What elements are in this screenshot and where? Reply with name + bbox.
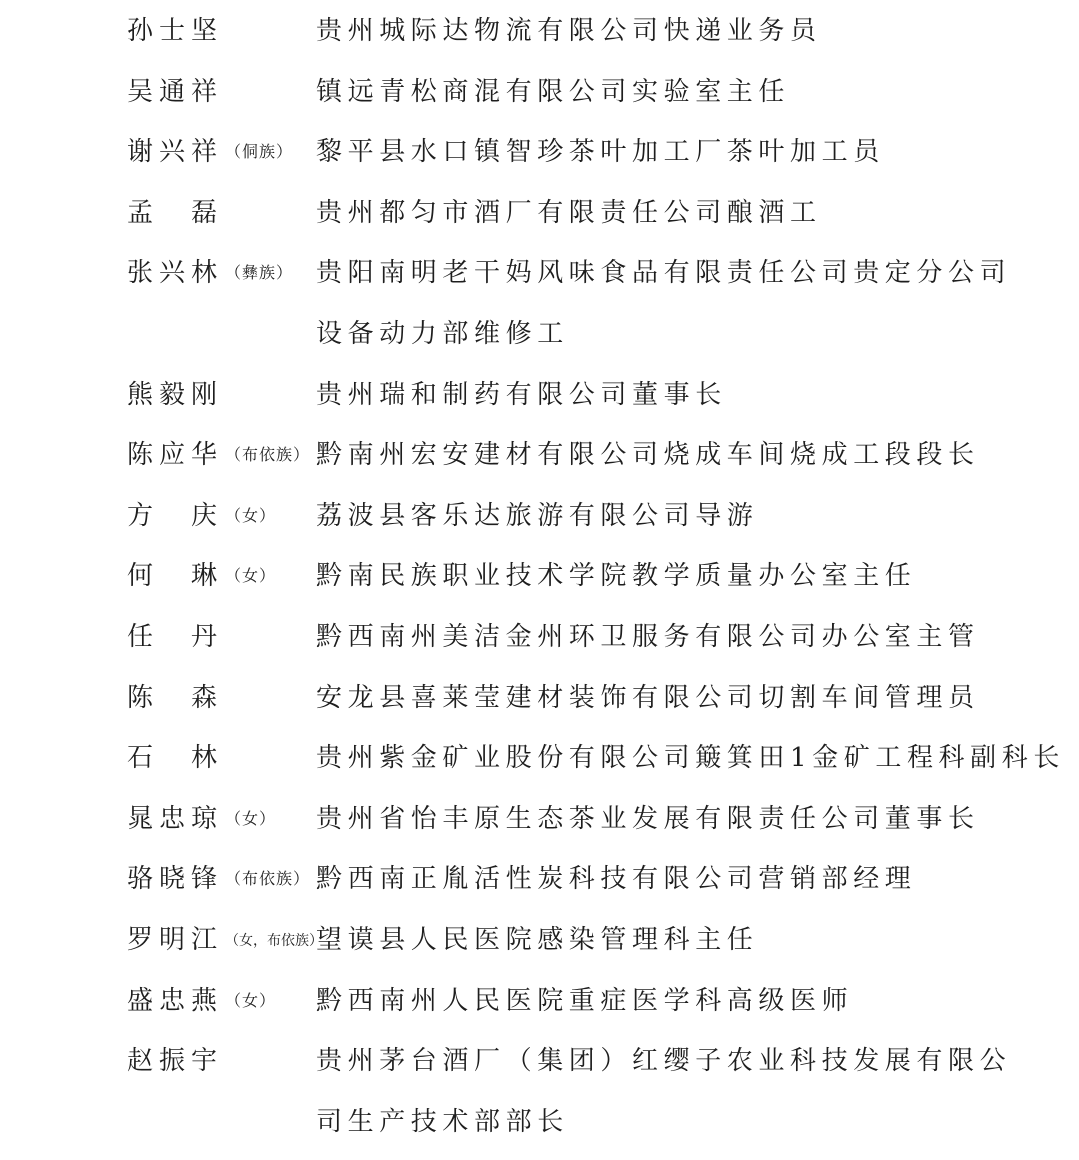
organization-position: 黔西南州美洁金州环卫服务有限公司办公室主管: [316, 620, 980, 654]
person-name: 晁忠琼（女）: [127, 802, 276, 836]
person-name-text: 张兴林: [127, 256, 223, 290]
person-name: 何 琳（女）: [127, 559, 276, 593]
person-name: 石 林: [127, 741, 225, 775]
list-item: 孟 磊 贵州都匀市酒厂有限责任公司酿酒工: [0, 182, 1079, 243]
person-name: 骆晓锋（布依族）: [127, 862, 310, 896]
person-name: 赵振宇: [127, 1044, 225, 1078]
person-name-text: 孟 磊: [127, 196, 223, 230]
person-name: 熊毅刚: [127, 378, 225, 412]
list-item: 张兴林（彝族） 贵阳南明老干妈风味食品有限责任公司贵定分公司 设备动力部维修工: [0, 242, 1079, 363]
organization-position-continued: 司生产技术部部长: [316, 1105, 569, 1139]
person-note: （女）: [225, 991, 276, 1010]
person-note: （女）: [225, 506, 276, 525]
person-name-text: 陈 森: [127, 681, 223, 715]
organization-position: 望谟县人民医院感染管理科主任: [316, 923, 758, 957]
person-note: （彝族）: [225, 263, 293, 282]
person-note: （布依族）: [225, 445, 310, 464]
organization-position: 贵州都匀市酒厂有限责任公司酿酒工: [316, 196, 822, 230]
person-name-text: 方 庆: [127, 499, 223, 533]
list-item: 熊毅刚 贵州瑞和制药有限公司董事长: [0, 364, 1079, 425]
organization-position: 黔南民族职业技术学院教学质量办公室主任: [316, 559, 916, 593]
person-note: （侗族）: [225, 142, 293, 161]
list-item: 何 琳（女） 黔南民族职业技术学院教学质量办公室主任: [0, 545, 1079, 606]
list-item: 赵振宇 贵州茅台酒厂（集团）红缨子农业科技发展有限公 司生产技术部部长: [0, 1030, 1079, 1151]
organization-position: 黎平县水口镇智珍茶叶加工厂茶叶加工员: [316, 135, 885, 169]
person-name-text: 任 丹: [127, 620, 223, 654]
person-name-text: 石 林: [127, 741, 223, 775]
person-name-text: 谢兴祥: [127, 135, 223, 169]
person-name-text: 熊毅刚: [127, 378, 223, 412]
organization-position: 贵州紫金矿业股份有限公司簸箕田1金矿工程科副科长: [316, 741, 1065, 775]
person-name-text: 何 琳: [127, 559, 223, 593]
person-note: （女）: [225, 809, 276, 828]
organization-position: 黔西南正胤活性炭科技有限公司营销部经理: [316, 862, 916, 896]
organization-position: 黔西南州人民医院重症医学科高级医师: [316, 984, 853, 1018]
person-name: 张兴林（彝族）: [127, 256, 293, 290]
list-item: 陈 森 安龙县喜莱莹建材装饰有限公司切割车间管理员: [0, 667, 1079, 728]
person-name: 方 庆（女）: [127, 499, 276, 533]
person-note: （布依族）: [225, 869, 310, 888]
organization-position: 黔南州宏安建材有限公司烧成车间烧成工段段长: [316, 438, 980, 472]
organization-position: 贵阳南明老干妈风味食品有限责任公司贵定分公司: [316, 256, 1011, 290]
person-name-text: 罗明江: [127, 923, 223, 957]
person-name: 任 丹: [127, 620, 225, 654]
person-name: 盛忠燕（女）: [127, 984, 276, 1018]
list-item: 吴通祥 镇远青松商混有限公司实验室主任: [0, 61, 1079, 122]
list-item: 孙士坚 贵州城际达物流有限公司快递业务员: [0, 0, 1079, 61]
organization-position: 荔波县客乐达旅游有限公司导游: [316, 499, 758, 533]
person-name: 陈 森: [127, 681, 225, 715]
organization-position: 贵州城际达物流有限公司快递业务员: [316, 14, 822, 48]
organization-position-continued: 设备动力部维修工: [316, 317, 569, 351]
list-item: 盛忠燕（女） 黔西南州人民医院重症医学科高级医师: [0, 970, 1079, 1031]
list-item: 晁忠琼（女） 贵州省怡丰原生态茶业发展有限责任公司董事长: [0, 788, 1079, 849]
person-name: 谢兴祥（侗族）: [127, 135, 293, 169]
person-note: （女）: [225, 566, 276, 585]
list-item: 骆晓锋（布依族） 黔西南正胤活性炭科技有限公司营销部经理: [0, 848, 1079, 909]
person-name: 孟 磊: [127, 196, 225, 230]
list-item: 方 庆（女） 荔波县客乐达旅游有限公司导游: [0, 485, 1079, 546]
person-name-text: 陈应华: [127, 438, 223, 472]
list-item: 任 丹 黔西南州美洁金州环卫服务有限公司办公室主管: [0, 606, 1079, 667]
list-item: 罗明江（女，布依族） 望谟县人民医院感染管理科主任: [0, 909, 1079, 970]
person-note: （女，布依族）: [225, 933, 323, 949]
person-name-text: 晁忠琼: [127, 802, 223, 836]
person-name: 罗明江（女，布依族）: [127, 923, 323, 958]
person-name: 吴通祥: [127, 75, 225, 109]
organization-position: 安龙县喜莱莹建材装饰有限公司切割车间管理员: [316, 681, 980, 715]
person-name: 孙士坚: [127, 14, 225, 48]
person-name-text: 赵振宇: [127, 1044, 223, 1078]
organization-position: 贵州瑞和制药有限公司董事长: [316, 378, 727, 412]
organization-position: 镇远青松商混有限公司实验室主任: [316, 75, 790, 109]
organization-position: 贵州省怡丰原生态茶业发展有限责任公司董事长: [316, 802, 980, 836]
list-item: 谢兴祥（侗族） 黎平县水口镇智珍茶叶加工厂茶叶加工员: [0, 121, 1079, 182]
awardee-list: 孙士坚 贵州城际达物流有限公司快递业务员 吴通祥 镇远青松商混有限公司实验室主任…: [0, 0, 1079, 1151]
person-name-text: 吴通祥: [127, 75, 223, 109]
person-name-text: 孙士坚: [127, 14, 223, 48]
person-name-text: 骆晓锋: [127, 862, 223, 896]
organization-position: 贵州茅台酒厂（集团）红缨子农业科技发展有限公: [316, 1044, 1011, 1078]
list-item: 石 林 贵州紫金矿业股份有限公司簸箕田1金矿工程科副科长: [0, 727, 1079, 788]
person-name-text: 盛忠燕: [127, 984, 223, 1018]
person-name: 陈应华（布依族）: [127, 438, 310, 472]
list-item: 陈应华（布依族） 黔南州宏安建材有限公司烧成车间烧成工段段长: [0, 424, 1079, 485]
